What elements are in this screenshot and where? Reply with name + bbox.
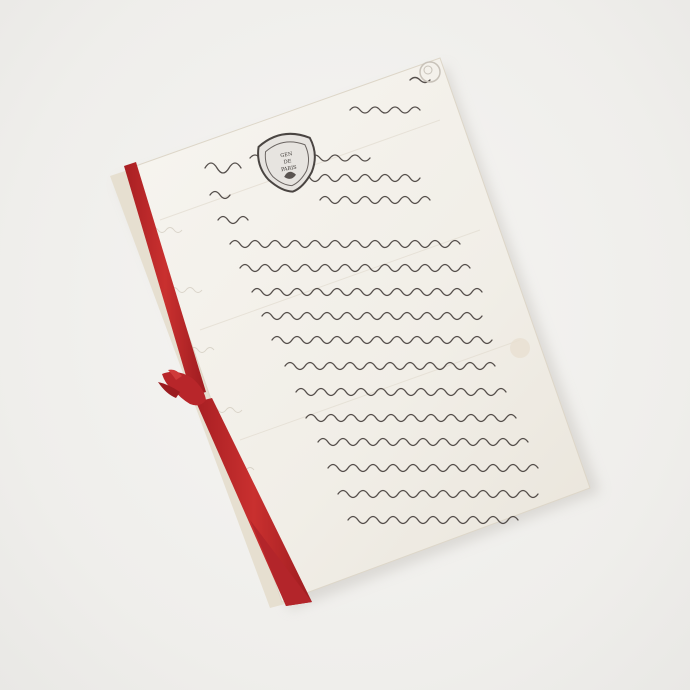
document-illustration: GEN DE PARIS [0,0,690,690]
photo-scene: GEN DE PARIS [0,0,690,690]
